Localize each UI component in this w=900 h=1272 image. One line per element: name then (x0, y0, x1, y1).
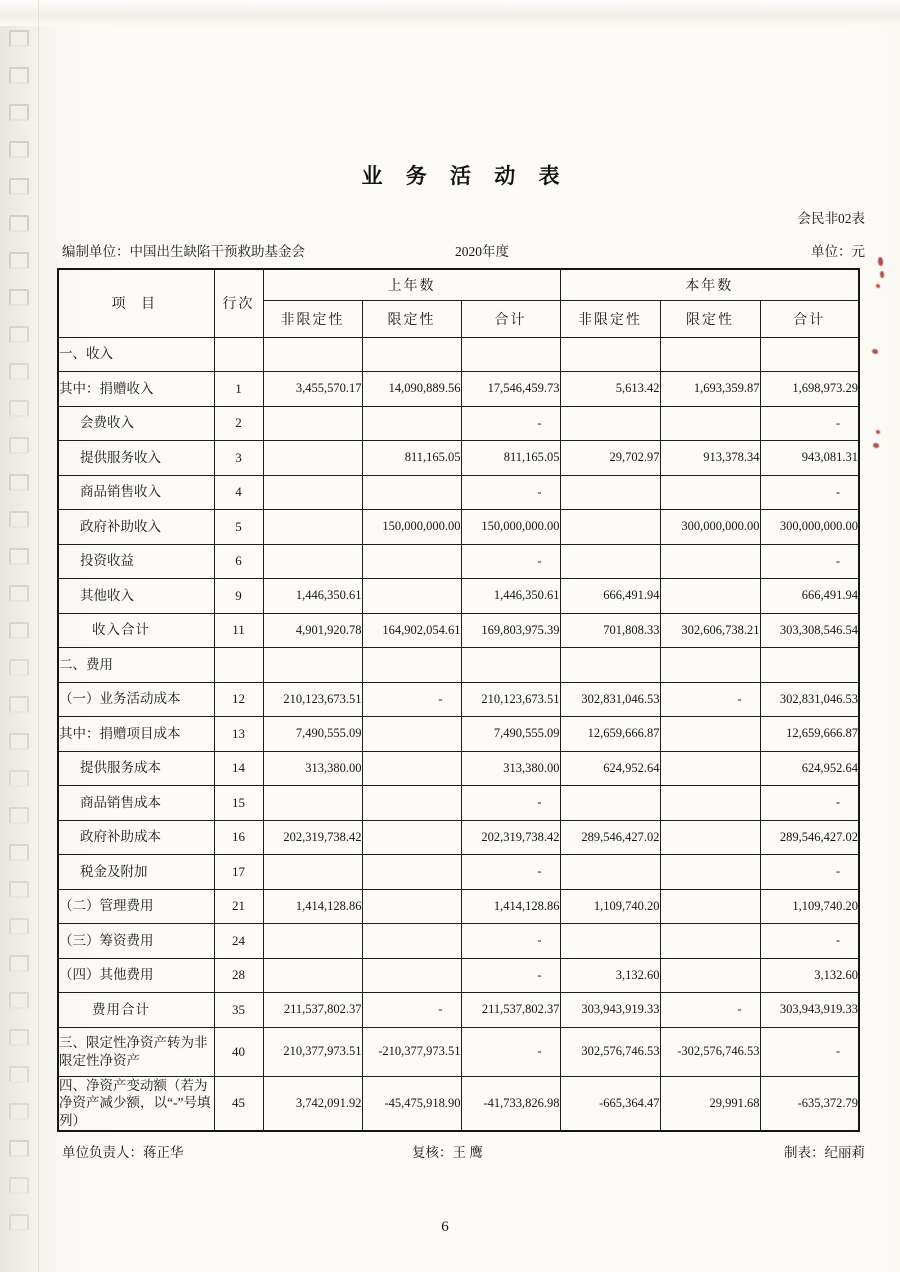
amount-cell (362, 820, 461, 855)
line-number-cell (214, 337, 263, 372)
amount-cell (263, 510, 362, 545)
item-cell: 商品销售成本 (58, 786, 214, 821)
page-title: 业 务 活 动 表 (0, 160, 900, 190)
amount-cell (362, 855, 461, 890)
page-edge-line (38, 0, 39, 1272)
binder-hole (9, 881, 29, 898)
table-row: 其他收入91,446,350.611,446,350.61666,491.946… (58, 579, 859, 614)
item-cell: 其他收入 (58, 579, 214, 614)
amount-cell: - (760, 475, 859, 510)
table-row: 提供服务收入3811,165.05811,165.0529,702.97913,… (58, 441, 859, 476)
amount-cell: 7,490,555.09 (461, 717, 560, 752)
table-row: 一、收入 (58, 337, 859, 372)
binder-hole (9, 585, 29, 602)
line-number-cell (214, 648, 263, 683)
amount-cell: 624,952.64 (560, 751, 660, 786)
amount-cell (263, 924, 362, 959)
line-number-cell: 24 (214, 924, 263, 959)
amount-cell: 666,491.94 (760, 579, 859, 614)
amount-cell: 811,165.05 (461, 441, 560, 476)
amount-cell (660, 855, 760, 890)
table-row: （二）管理费用211,414,128.861,414,128.861,109,7… (58, 889, 859, 924)
item-cell: 其中：捐赠项目成本 (58, 717, 214, 752)
amount-cell: 1,446,350.61 (461, 579, 560, 614)
amount-cell: 1,109,740.20 (560, 889, 660, 924)
table-row: 收入合计114,901,920.78164,902,054.61169,803,… (58, 613, 859, 648)
amount-cell: 17,546,459.73 (461, 372, 560, 407)
red-ink-mark (876, 284, 880, 288)
amount-cell: - (461, 855, 560, 890)
amount-cell: 164,902,054.61 (362, 613, 461, 648)
item-cell: （一）业务活动成本 (58, 682, 214, 717)
line-number-cell: 5 (214, 510, 263, 545)
table-row: 投资收益6-- (58, 544, 859, 579)
amount-cell: - (760, 406, 859, 441)
amount-cell (660, 337, 760, 372)
item-cell: 政府补助收入 (58, 510, 214, 545)
header-cur-restricted: 限定性 (660, 300, 760, 337)
amount-cell: 150,000,000.00 (362, 510, 461, 545)
binder-hole (9, 807, 29, 824)
amount-cell (660, 786, 760, 821)
amount-cell: 12,659,666.87 (560, 717, 660, 752)
binder-hole (9, 1140, 29, 1157)
binder-hole (9, 511, 29, 528)
reviewer-label: 复核：王 鹰 (412, 1141, 483, 1161)
header-item: 项 目 (58, 269, 214, 337)
amount-cell: - (461, 406, 560, 441)
amount-cell: 210,123,673.51 (461, 682, 560, 717)
table-row: 提供服务成本14313,380.00313,380.00624,952.6462… (58, 751, 859, 786)
amount-cell: 202,319,738.42 (263, 820, 362, 855)
amount-cell (263, 786, 362, 821)
amount-cell: - (760, 855, 859, 890)
amount-cell (362, 889, 461, 924)
amount-cell: 313,380.00 (461, 751, 560, 786)
table-row: （三）筹资费用24-- (58, 924, 859, 959)
amount-cell: 3,742,091.92 (263, 1076, 362, 1131)
amount-cell: - (660, 682, 760, 717)
amount-cell: 1,698,973.29 (760, 372, 859, 407)
amount-cell (362, 751, 461, 786)
amount-cell (560, 475, 660, 510)
amount-cell: 150,000,000.00 (461, 510, 560, 545)
item-cell: 三、限定性净资产转为非限定性净资产 (58, 1027, 214, 1076)
amount-cell: 313,380.00 (263, 751, 362, 786)
item-cell: 政府补助成本 (58, 820, 214, 855)
amount-cell (362, 579, 461, 614)
amount-cell: 202,319,738.42 (461, 820, 560, 855)
line-number-cell: 2 (214, 406, 263, 441)
currency-unit-label: 单位：元 (811, 240, 865, 260)
amount-cell: 701,808.33 (560, 613, 660, 648)
line-number-cell: 13 (214, 717, 263, 752)
item-cell: 四、净资产变动额（若为净资产减少额，以“-”号填列） (58, 1076, 214, 1131)
amount-cell: 1,414,128.86 (263, 889, 362, 924)
binder-hole (9, 548, 29, 565)
amount-cell: -302,576,746.53 (660, 1027, 760, 1076)
amount-cell: - (461, 958, 560, 993)
meta-row: 编制单位：中国出生缺陷干预救助基金会 2020年度 单位：元 (62, 240, 865, 258)
amount-cell: 12,659,666.87 (760, 717, 859, 752)
amount-cell (660, 406, 760, 441)
amount-cell: 302,606,738.21 (660, 613, 760, 648)
item-cell: 会费收入 (58, 406, 214, 441)
red-ink-mark (876, 430, 880, 434)
item-cell: 提供服务收入 (58, 441, 214, 476)
header-cur-total: 合计 (760, 300, 859, 337)
table-row: 二、费用 (58, 648, 859, 683)
header-current-year: 本年数 (560, 269, 859, 300)
line-number-cell: 16 (214, 820, 263, 855)
amount-cell: 303,308,546.54 (760, 613, 859, 648)
table-row: 其中：捐赠项目成本137,490,555.097,490,555.0912,65… (58, 717, 859, 752)
amount-cell (263, 544, 362, 579)
line-number-cell: 3 (214, 441, 263, 476)
amount-cell (263, 475, 362, 510)
line-number-cell: 17 (214, 855, 263, 890)
amount-cell (263, 958, 362, 993)
amount-cell: 211,537,802.37 (263, 993, 362, 1028)
amount-cell: 7,490,555.09 (263, 717, 362, 752)
amount-cell: 303,943,919.33 (560, 993, 660, 1028)
amount-cell: 300,000,000.00 (760, 510, 859, 545)
amount-cell: 666,491.94 (560, 579, 660, 614)
binder-hole (9, 474, 29, 491)
binder-hole (9, 696, 29, 713)
line-number-cell: 14 (214, 751, 263, 786)
amount-cell: 29,991.68 (660, 1076, 760, 1131)
amount-cell: 4,901,920.78 (263, 613, 362, 648)
header-line-no: 行次 (214, 269, 263, 337)
binder-hole (9, 1066, 29, 1083)
binder-hole (9, 918, 29, 935)
item-cell: 投资收益 (58, 544, 214, 579)
amount-cell (660, 751, 760, 786)
binder-hole (9, 622, 29, 639)
binder-hole (9, 1029, 29, 1046)
amount-cell: 211,537,802.37 (461, 993, 560, 1028)
table-row: 商品销售成本15-- (58, 786, 859, 821)
responsible-person-label: 单位负责人：蒋正华 (62, 1141, 184, 1161)
amount-cell (560, 337, 660, 372)
page-number: 6 (0, 1219, 890, 1236)
amount-cell: -210,377,973.51 (362, 1027, 461, 1076)
amount-cell (660, 544, 760, 579)
amount-cell (362, 924, 461, 959)
table-row: 政府补助成本16202,319,738.42202,319,738.42289,… (58, 820, 859, 855)
red-ink-mark (873, 443, 879, 448)
item-cell: 税金及附加 (58, 855, 214, 890)
binder-hole (9, 437, 29, 454)
header-prev-total: 合计 (461, 300, 560, 337)
amount-cell (760, 648, 859, 683)
binder-hole (9, 400, 29, 417)
table-row: 费用合计35211,537,802.37-211,537,802.37303,9… (58, 993, 859, 1028)
amount-cell: - (461, 786, 560, 821)
item-cell: 一、收入 (58, 337, 214, 372)
line-number-cell: 4 (214, 475, 263, 510)
amount-cell: 1,446,350.61 (263, 579, 362, 614)
amount-cell: - (362, 682, 461, 717)
amount-cell: -665,364.47 (560, 1076, 660, 1131)
amount-cell (560, 855, 660, 890)
header-prev-restricted: 限定性 (362, 300, 461, 337)
amount-cell (362, 717, 461, 752)
amount-cell: 624,952.64 (760, 751, 859, 786)
binder-hole (9, 363, 29, 380)
amount-cell: -41,733,826.98 (461, 1076, 560, 1131)
amount-cell: 14,090,889.56 (362, 372, 461, 407)
amount-cell (362, 544, 461, 579)
amount-cell (461, 337, 560, 372)
amount-cell: 29,702.97 (560, 441, 660, 476)
line-number-cell: 11 (214, 613, 263, 648)
fiscal-year-label: 2020年度 (455, 240, 509, 260)
table-row: 商品销售收入4-- (58, 475, 859, 510)
amount-cell: 5,613.42 (560, 372, 660, 407)
amount-cell: 3,455,570.17 (263, 372, 362, 407)
amount-cell: 302,831,046.53 (760, 682, 859, 717)
table-body: 一、收入其中：捐赠收入13,455,570.1714,090,889.5617,… (58, 337, 859, 1131)
amount-cell (660, 648, 760, 683)
amount-cell: 210,377,973.51 (263, 1027, 362, 1076)
line-number-cell: 9 (214, 579, 263, 614)
header-prev-unrestricted: 非限定性 (263, 300, 362, 337)
amount-cell: - (461, 924, 560, 959)
amount-cell: 1,693,359.87 (660, 372, 760, 407)
binder-hole (9, 326, 29, 343)
table-row: 政府补助收入5150,000,000.00150,000,000.00300,0… (58, 510, 859, 545)
line-number-cell: 12 (214, 682, 263, 717)
amount-cell: 289,546,427.02 (560, 820, 660, 855)
amount-cell (660, 958, 760, 993)
binder-hole (9, 104, 29, 121)
amount-cell (760, 337, 859, 372)
binder-hole (9, 955, 29, 972)
amount-cell (263, 406, 362, 441)
amount-cell: -45,475,918.90 (362, 1076, 461, 1131)
table-row: 四、净资产变动额（若为净资产减少额，以“-”号填列）453,742,091.92… (58, 1076, 859, 1131)
amount-cell (660, 717, 760, 752)
prepared-by-label: 编制单位：中国出生缺陷干预救助基金会 (62, 240, 305, 260)
amount-cell (660, 820, 760, 855)
red-ink-mark (872, 349, 878, 354)
binder-hole (9, 1103, 29, 1120)
binder-hole (9, 67, 29, 84)
line-number-cell: 28 (214, 958, 263, 993)
binder-hole (9, 659, 29, 676)
table-row: 三、限定性净资产转为非限定性净资产40210,377,973.51-210,37… (58, 1027, 859, 1076)
binder-hole (9, 733, 29, 750)
amount-cell: 303,943,919.33 (760, 993, 859, 1028)
amount-cell: 3,132.60 (760, 958, 859, 993)
amount-cell (560, 406, 660, 441)
item-cell: 商品销售收入 (58, 475, 214, 510)
header-prev-year: 上年数 (263, 269, 560, 300)
line-number-cell: 45 (214, 1076, 263, 1131)
line-number-cell: 15 (214, 786, 263, 821)
red-ink-mark (878, 257, 883, 266)
item-cell: 收入合计 (58, 613, 214, 648)
amount-cell: -635,372.79 (760, 1076, 859, 1131)
amount-cell (560, 510, 660, 545)
amount-cell: 302,831,046.53 (560, 682, 660, 717)
amount-cell: 210,123,673.51 (263, 682, 362, 717)
header-cur-unrestricted: 非限定性 (560, 300, 660, 337)
scan-top-edge (0, 0, 900, 26)
form-code-label: 会民非02表 (798, 207, 866, 227)
amount-cell (560, 924, 660, 959)
table-row: 其中：捐赠收入13,455,570.1714,090,889.5617,546,… (58, 372, 859, 407)
item-cell: 二、费用 (58, 648, 214, 683)
amount-cell (362, 786, 461, 821)
red-ink-mark (880, 271, 884, 278)
amount-cell: - (461, 475, 560, 510)
amount-cell (263, 648, 362, 683)
amount-cell (362, 958, 461, 993)
amount-cell (560, 544, 660, 579)
item-cell: （二）管理费用 (58, 889, 214, 924)
amount-cell: - (362, 993, 461, 1028)
amount-cell (660, 579, 760, 614)
amount-cell: 289,546,427.02 (760, 820, 859, 855)
amount-cell (362, 648, 461, 683)
amount-cell (263, 337, 362, 372)
amount-cell: 1,414,128.86 (461, 889, 560, 924)
amount-cell (660, 924, 760, 959)
amount-cell (362, 406, 461, 441)
binder-hole (9, 770, 29, 787)
amount-cell (461, 648, 560, 683)
binder-hole (9, 141, 29, 158)
amount-cell: 1,109,740.20 (760, 889, 859, 924)
binder-hole (9, 215, 29, 232)
amount-cell: - (461, 1027, 560, 1076)
line-number-cell: 40 (214, 1027, 263, 1076)
amount-cell (660, 889, 760, 924)
amount-cell: 943,081.31 (760, 441, 859, 476)
signature-row: 单位负责人：蒋正华 复核：王 鹰 制表：纪丽莉 (62, 1141, 865, 1159)
item-cell: （三）筹资费用 (58, 924, 214, 959)
amount-cell: - (461, 544, 560, 579)
amount-cell: - (760, 1027, 859, 1076)
item-cell: 提供服务成本 (58, 751, 214, 786)
line-number-cell: 35 (214, 993, 263, 1028)
amount-cell (263, 441, 362, 476)
amount-cell: 169,803,975.39 (461, 613, 560, 648)
amount-cell: - (760, 924, 859, 959)
amount-cell (263, 855, 362, 890)
amount-cell: 811,165.05 (362, 441, 461, 476)
binder-hole (9, 30, 29, 47)
table-row: （四）其他费用28-3,132.603,132.60 (58, 958, 859, 993)
amount-cell: 3,132.60 (560, 958, 660, 993)
amount-cell (660, 475, 760, 510)
amount-cell (362, 337, 461, 372)
line-number-cell: 21 (214, 889, 263, 924)
amount-cell: - (660, 993, 760, 1028)
line-number-cell: 1 (214, 372, 263, 407)
binder-hole (9, 252, 29, 269)
item-cell: 费用合计 (58, 993, 214, 1028)
amount-cell: 913,378.34 (660, 441, 760, 476)
binder-hole (9, 992, 29, 1009)
table-row: （一）业务活动成本12210,123,673.51-210,123,673.51… (58, 682, 859, 717)
preparer-label: 制表：纪丽莉 (784, 1141, 865, 1161)
amount-cell (560, 648, 660, 683)
amount-cell: 300,000,000.00 (660, 510, 760, 545)
amount-cell: - (760, 544, 859, 579)
business-activity-table: 项 目 行次 上年数 本年数 非限定性 限定性 合计 非限定性 限定性 合计 一… (57, 268, 860, 1132)
item-cell: （四）其他费用 (58, 958, 214, 993)
binder-hole (9, 1177, 29, 1194)
amount-cell (362, 475, 461, 510)
amount-cell: 302,576,746.53 (560, 1027, 660, 1076)
table-row: 税金及附加17-- (58, 855, 859, 890)
binder-hole (9, 844, 29, 861)
item-cell: 其中：捐赠收入 (58, 372, 214, 407)
binder-hole (9, 289, 29, 306)
table-row: 会费收入2-- (58, 406, 859, 441)
amount-cell: - (760, 786, 859, 821)
line-number-cell: 6 (214, 544, 263, 579)
amount-cell (560, 786, 660, 821)
